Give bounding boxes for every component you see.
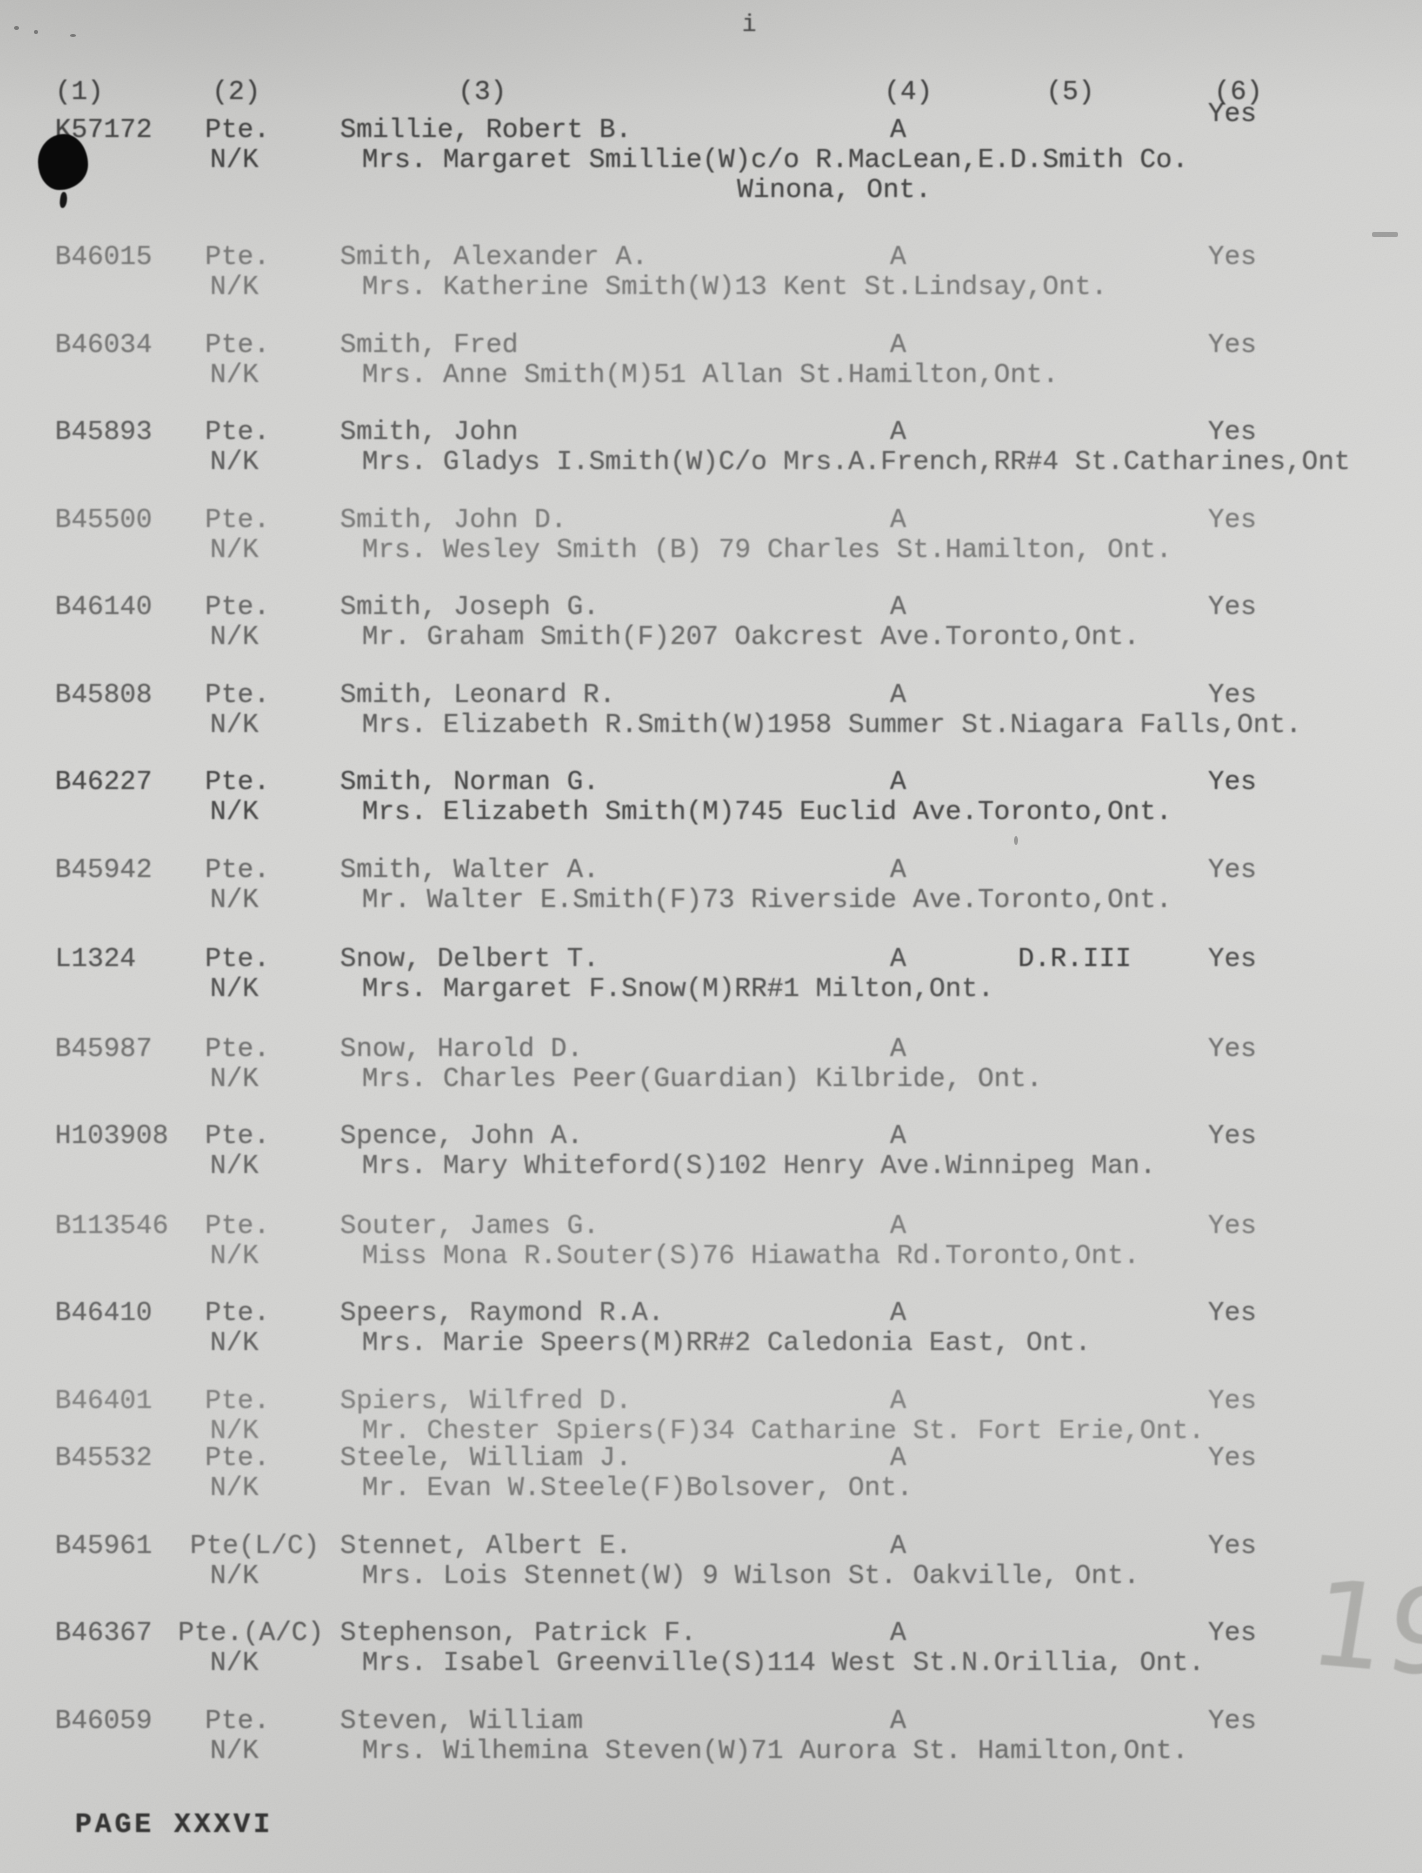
confirmed-flag: Yes <box>1208 102 1257 129</box>
next-of-kin-label: N/K <box>210 1154 259 1181</box>
next-of-kin-address: Miss Mona R.Souter(S)76 Hiawatha Rd.Toro… <box>362 1244 1140 1271</box>
rank: Pte. <box>205 333 270 360</box>
next-of-kin-address: Mr. Evan W.Steele(F)Bolsover, Ont. <box>362 1476 913 1503</box>
category-code: A <box>890 858 906 885</box>
scanned-document-page: i (1)(2)(3)(4)(5)(6)K57172Pte.Smillie, R… <box>0 0 1422 1873</box>
rank: Pte. <box>205 1709 270 1736</box>
category-code: A <box>890 420 906 447</box>
next-of-kin-address: Mr. Graham Smith(F)207 Oakcrest Ave.Toro… <box>362 625 1140 652</box>
confirmed-flag: Yes <box>1208 770 1257 797</box>
category-code: A <box>890 333 906 360</box>
confirmed-flag: Yes <box>1208 245 1257 272</box>
next-of-kin-label: N/K <box>210 1564 259 1591</box>
scan-speck <box>34 30 38 34</box>
next-of-kin-label: N/K <box>210 1244 259 1271</box>
category-code: A <box>890 683 906 710</box>
rank: Pte. <box>205 683 270 710</box>
service-number: B45893 <box>55 420 152 447</box>
next-of-kin-label: N/K <box>210 713 259 740</box>
category-code: A <box>890 770 906 797</box>
soldier-name: Spence, John A. <box>340 1124 583 1151</box>
next-of-kin-address: Mrs. Katherine Smith(W)13 Kent St.Lindsa… <box>362 275 1107 302</box>
next-of-kin-address: Mr. Walter E.Smith(F)73 Riverside Ave.To… <box>362 888 1172 915</box>
next-of-kin-address: Mrs. Elizabeth R.Smith(W)1958 Summer St.… <box>362 713 1302 740</box>
soldier-name: Smith, Joseph G. <box>340 595 599 622</box>
next-of-kin-label: N/K <box>210 1419 259 1446</box>
rank: Pte. <box>205 420 270 447</box>
confirmed-flag: Yes <box>1208 1037 1257 1064</box>
category-code: A <box>890 1037 906 1064</box>
next-of-kin-address: Mrs. Marie Speers(M)RR#2 Caledonia East,… <box>362 1331 1091 1358</box>
service-number: B46140 <box>55 595 152 622</box>
ink-blot <box>38 134 88 190</box>
next-of-kin-label: N/K <box>210 1651 259 1678</box>
service-number: B113546 <box>55 1214 168 1241</box>
category-code: A <box>890 508 906 535</box>
soldier-name: Snow, Delbert T. <box>340 947 599 974</box>
rank: Pte. <box>205 858 270 885</box>
next-of-kin-label: N/K <box>210 538 259 565</box>
column-header: (2) <box>212 80 261 107</box>
next-of-kin-address: Mrs. Margaret Smillie(W)c/o R.MacLean,E.… <box>362 148 1188 175</box>
category-code: A <box>890 947 906 974</box>
service-number: B46367 <box>55 1621 152 1648</box>
top-page-mark: i <box>742 14 756 38</box>
confirmed-flag: Yes <box>1208 947 1257 974</box>
soldier-name: Smillie, Robert B. <box>340 118 632 145</box>
category-code: A <box>890 1389 906 1416</box>
confirmed-flag: Yes <box>1208 1389 1257 1416</box>
soldier-name: Stephenson, Patrick F. <box>340 1621 696 1648</box>
category-code: A <box>890 245 906 272</box>
next-of-kin-address: Mrs. Gladys I.Smith(W)C/o Mrs.A.French,R… <box>362 450 1350 477</box>
next-of-kin-label: N/K <box>210 275 259 302</box>
confirmed-flag: Yes <box>1208 420 1257 447</box>
next-of-kin-label: N/K <box>210 1331 259 1358</box>
column-header: (3) <box>458 80 507 107</box>
next-of-kin-address: Mrs. Charles Peer(Guardian) Kilbride, On… <box>362 1067 1043 1094</box>
confirmed-flag: Yes <box>1208 1621 1257 1648</box>
scan-speck <box>1372 232 1398 237</box>
rank: Pte. <box>205 508 270 535</box>
next-of-kin-address-line2: Winona, Ont. <box>737 178 931 205</box>
column-header: (4) <box>884 80 933 107</box>
service-number: B45987 <box>55 1037 152 1064</box>
rank: Pte. <box>205 118 270 145</box>
soldier-name: Speers, Raymond R.A. <box>340 1301 664 1328</box>
next-of-kin-address: Mrs. Margaret F.Snow(M)RR#1 Milton,Ont. <box>362 977 994 1004</box>
typewritten-content: i (1)(2)(3)(4)(5)(6)K57172Pte.Smillie, R… <box>0 0 1422 1873</box>
soldier-name: Smith, Walter A. <box>340 858 599 885</box>
rank: Pte. <box>205 595 270 622</box>
service-number: B45532 <box>55 1446 152 1473</box>
next-of-kin-label: N/K <box>210 148 259 175</box>
confirmed-flag: Yes <box>1208 1124 1257 1151</box>
service-number: B45808 <box>55 683 152 710</box>
category-code: A <box>890 1534 906 1561</box>
service-number: L1324 <box>55 947 136 974</box>
soldier-name: Smith, Fred <box>340 333 518 360</box>
service-number: B45500 <box>55 508 152 535</box>
next-of-kin-label: N/K <box>210 888 259 915</box>
confirmed-flag: Yes <box>1208 1534 1257 1561</box>
service-number: H103908 <box>55 1124 168 1151</box>
next-of-kin-address: Mrs. Isabel Greenville(S)114 West St.N.O… <box>362 1651 1205 1678</box>
category-code: A <box>890 1124 906 1151</box>
scan-speck <box>70 34 76 37</box>
confirmed-flag: Yes <box>1208 683 1257 710</box>
category-code: A <box>890 118 906 145</box>
rank: Pte. <box>205 1214 270 1241</box>
soldier-name: Snow, Harold D. <box>340 1037 583 1064</box>
category-code: A <box>890 595 906 622</box>
confirmed-flag: Yes <box>1208 333 1257 360</box>
next-of-kin-address: Mr. Chester Spiers(F)34 Catharine St. Fo… <box>362 1419 1205 1446</box>
next-of-kin-label: N/K <box>210 977 259 1004</box>
next-of-kin-address: Mrs. Elizabeth Smith(M)745 Euclid Ave.To… <box>362 800 1172 827</box>
confirmed-flag: Yes <box>1208 1214 1257 1241</box>
category-code: A <box>890 1446 906 1473</box>
next-of-kin-label: N/K <box>210 1067 259 1094</box>
service-number: B46034 <box>55 333 152 360</box>
service-number: B46410 <box>55 1301 152 1328</box>
rank: Pte. <box>205 1124 270 1151</box>
rank: Pte. <box>205 1301 270 1328</box>
confirmed-flag: Yes <box>1208 595 1257 622</box>
rank: Pte.(A/C) <box>178 1621 324 1648</box>
category-code: A <box>890 1214 906 1241</box>
rank: Pte. <box>205 770 270 797</box>
next-of-kin-address: Mrs. Wilhemina Steven(W)71 Aurora St. Ha… <box>362 1739 1188 1766</box>
next-of-kin-label: N/K <box>210 1476 259 1503</box>
scan-speck <box>14 26 19 30</box>
next-of-kin-label: N/K <box>210 363 259 390</box>
soldier-name: Smith, Leonard R. <box>340 683 615 710</box>
category-code: A <box>890 1621 906 1648</box>
soldier-name: Stennet, Albert E. <box>340 1534 632 1561</box>
service-number: B46227 <box>55 770 152 797</box>
rank: Pte. <box>205 1037 270 1064</box>
next-of-kin-label: N/K <box>210 625 259 652</box>
rank: Pte. <box>205 1446 270 1473</box>
confirmed-flag: Yes <box>1208 508 1257 535</box>
soldier-name: Smith, John D. <box>340 508 567 535</box>
category-code: A <box>890 1301 906 1328</box>
remark-code: D.R.III <box>1018 947 1131 974</box>
scan-speck <box>1014 836 1018 845</box>
handwritten-pencil-note: 19 <box>1301 1554 1422 1704</box>
next-of-kin-address: Mrs. Anne Smith(M)51 Allan St.Hamilton,O… <box>362 363 1059 390</box>
service-number: B46015 <box>55 245 152 272</box>
soldier-name: Souter, James G. <box>340 1214 599 1241</box>
next-of-kin-label: N/K <box>210 800 259 827</box>
soldier-name: Smith, Norman G. <box>340 770 599 797</box>
confirmed-flag: Yes <box>1208 1709 1257 1736</box>
soldier-name: Smith, John <box>340 420 518 447</box>
confirmed-flag: Yes <box>1208 1301 1257 1328</box>
soldier-name: Steven, William <box>340 1709 583 1736</box>
rank: Pte. <box>205 245 270 272</box>
soldier-name: Spiers, Wilfred D. <box>340 1389 632 1416</box>
next-of-kin-address: Mrs. Mary Whiteford(S)102 Henry Ave.Winn… <box>362 1154 1156 1181</box>
service-number: B46059 <box>55 1709 152 1736</box>
service-number: B45961 <box>55 1534 152 1561</box>
confirmed-flag: Yes <box>1208 1446 1257 1473</box>
confirmed-flag: Yes <box>1208 858 1257 885</box>
rank: Pte. <box>205 1389 270 1416</box>
next-of-kin-label: N/K <box>210 1739 259 1766</box>
page-number-footer: PAGE XXXVI <box>75 1812 273 1840</box>
rank: Pte. <box>205 947 270 974</box>
column-header: (5) <box>1046 80 1095 107</box>
soldier-name: Smith, Alexander A. <box>340 245 648 272</box>
next-of-kin-address: Mrs. Lois Stennet(W) 9 Wilson St. Oakvil… <box>362 1564 1140 1591</box>
next-of-kin-label: N/K <box>210 450 259 477</box>
column-header: (1) <box>55 80 104 107</box>
soldier-name: Steele, William J. <box>340 1446 632 1473</box>
next-of-kin-address: Mrs. Wesley Smith (B) 79 Charles St.Hami… <box>362 538 1172 565</box>
service-number: B45942 <box>55 858 152 885</box>
category-code: A <box>890 1709 906 1736</box>
service-number: B46401 <box>55 1389 152 1416</box>
rank: Pte(L/C) <box>190 1534 320 1561</box>
